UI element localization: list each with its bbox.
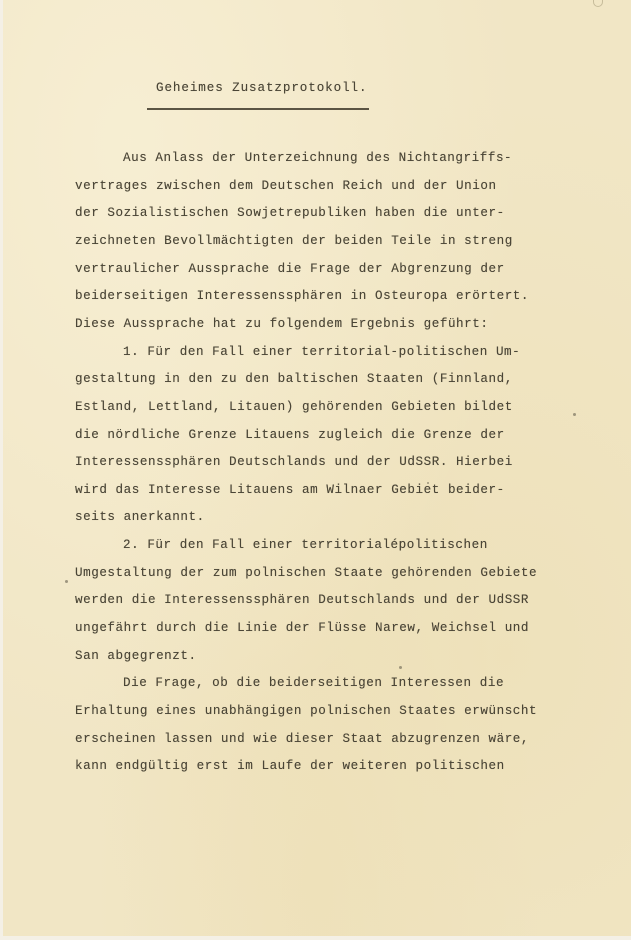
text-line: werden die Interessenssphären Deutschlan… — [75, 592, 529, 608]
paper-speck — [399, 666, 402, 669]
text-line: vertraulicher Aussprache die Frage der A… — [75, 261, 505, 277]
paper-mark — [593, 0, 603, 7]
text-line: vertrages zwischen dem Deutschen Reich u… — [75, 178, 497, 194]
text-line: 1. Für den Fall einer territorial-politi… — [123, 344, 520, 360]
text-line: Estland, Lettland, Litauen) gehörenden G… — [75, 399, 513, 415]
text-line: kann endgültig erst im Laufe der weitere… — [75, 758, 505, 774]
paper-speck — [427, 482, 429, 484]
text-line: gestaltung in den zu den baltischen Staa… — [75, 371, 513, 387]
text-line: Aus Anlass der Unterzeichnung des Nichta… — [123, 150, 512, 166]
document-title: Geheimes Zusatzprotokoll. — [156, 80, 367, 96]
text-line: beiderseitigen Interessenssphären in Ost… — [75, 288, 529, 304]
text-line: 2. Für den Fall einer territorialépoliti… — [123, 537, 488, 553]
text-line: zeichneten Bevollmächtigten der beiden T… — [75, 233, 513, 249]
paper-speck — [573, 413, 576, 416]
text-line: San abgegrenzt. — [75, 648, 197, 664]
text-line: Interessenssphären Deutschlands und der … — [75, 454, 513, 470]
text-line: Die Frage, ob die beiderseitigen Interes… — [123, 675, 504, 691]
document-page: Geheimes Zusatzprotokoll. Aus Anlass der… — [3, 0, 631, 936]
title-underline — [147, 108, 369, 110]
text-line: die nördliche Grenze Litauens zugleich d… — [75, 427, 505, 443]
text-line: Diese Aussprache hat zu folgendem Ergebn… — [75, 316, 488, 332]
text-line: wird das Interesse Litauens am Wilnaer G… — [75, 482, 505, 498]
paper-speck — [65, 580, 68, 583]
text-line: Erhaltung eines unabhängigen polnischen … — [75, 703, 537, 719]
text-line: der Sozialistischen Sowjetrepubliken hab… — [75, 205, 505, 221]
text-line: ungefährt durch die Linie der Flüsse Nar… — [75, 620, 529, 636]
text-line: seits anerkannt. — [75, 509, 205, 525]
text-line: Umgestaltung der zum polnischen Staate g… — [75, 565, 537, 581]
text-line: erscheinen lassen und wie dieser Staat a… — [75, 731, 529, 747]
